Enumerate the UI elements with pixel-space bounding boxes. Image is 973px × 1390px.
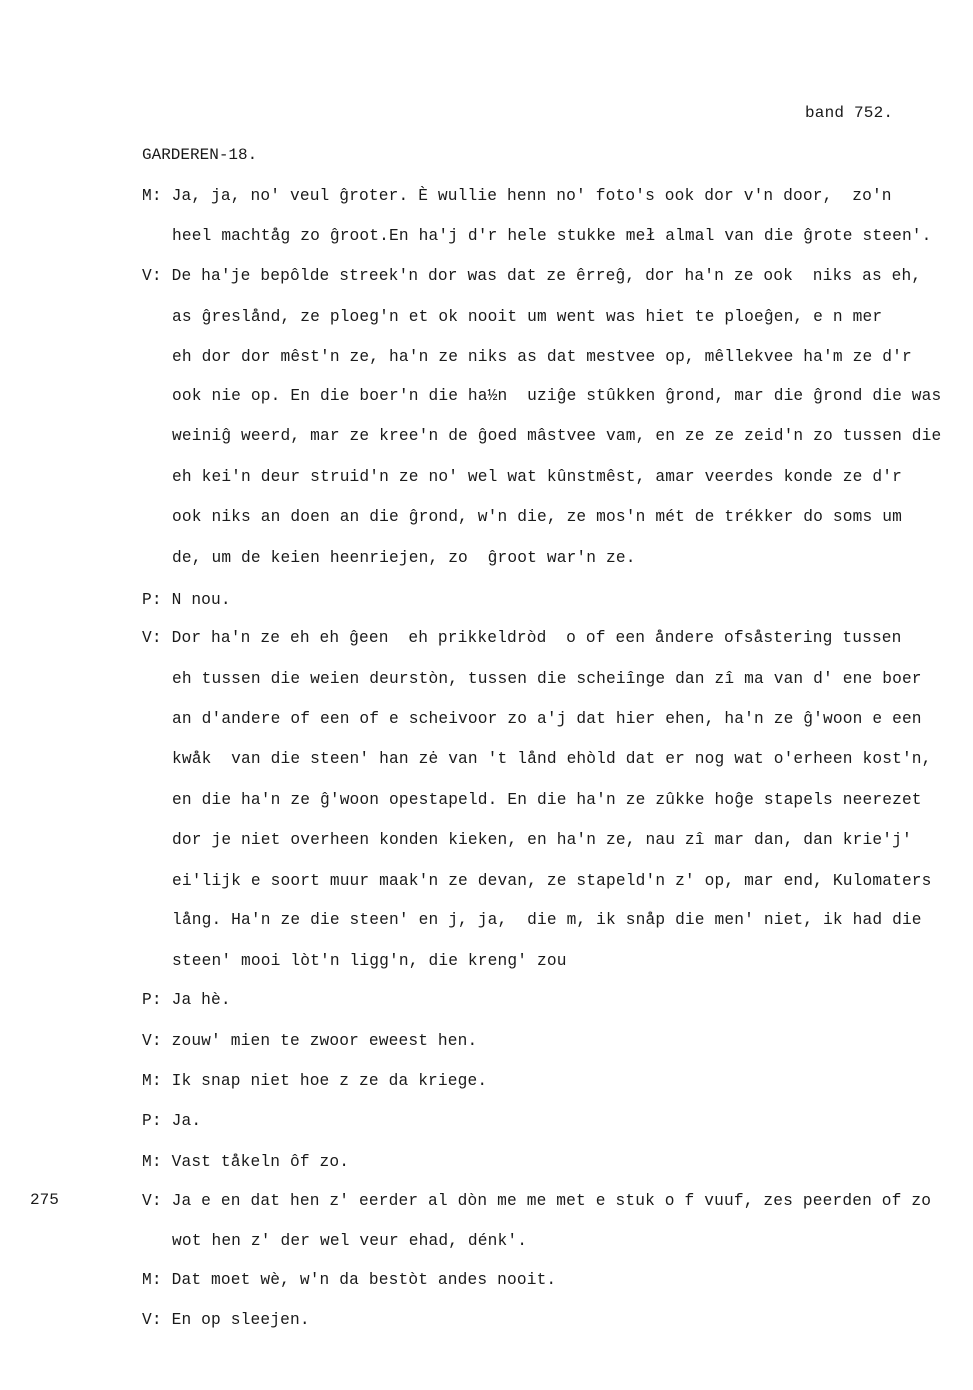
transcript-speaker-line: V: En op sleejen. [142,1310,310,1330]
transcript-continuation-line: eh dor dor mêst'n ze, ha'n ze niks as da… [172,347,912,367]
transcript-continuation-line: lång. Ha'n ze die steen' en j, ja, die m… [172,910,922,930]
transcript-speaker-line: V: De ha'je bepôlde streek'n dor was dat… [142,266,921,286]
transcript-continuation-line: eh tussen die weien deurstòn, tussen die… [172,669,922,689]
document-title: GARDEREN-18. [142,146,257,164]
transcript-speaker-line: M: Ik snap niet hoe z ze da kriege. [142,1071,487,1091]
transcript-continuation-line: steen' mooi lòt'n ligg'n, die kreng' zou [172,951,567,971]
transcript-continuation-line: ei'lijk e soort muur maak'n ze devan, ze… [172,871,932,891]
transcript-speaker-line: P: Ja hè. [142,990,231,1010]
transcript-speaker-line: V: zouw' mien te zwoor eweest hen. [142,1031,477,1051]
transcript-continuation-line: weiniĝ weerd, mar ze kree'n de ĝoed mâst… [172,426,941,446]
transcript-speaker-line: M: Ja, ja, no' veul ĝroter. È wullie hen… [142,186,892,206]
transcript-continuation-line: en die ha'n ze ĝ'woon opestapeld. En die… [172,790,922,810]
transcript-continuation-line: dor je niet overheen konden kieken, en h… [172,830,912,850]
transcript-continuation-line: ook niks an doen an die ĝrond, w'n die, … [172,507,902,527]
transcript-speaker-line: M: Vast tåkeln ôf zo. [142,1152,349,1172]
transcript-continuation-line: ook nie op. En die boer'n die ha½n uziĝe… [172,386,941,406]
tape-number: band 752. [805,104,893,122]
transcript-speaker-line: P: N nou. [142,590,231,610]
transcript-continuation-line: kwåk van die steen' han zė van 't lånd e… [172,749,932,769]
transcript-continuation-line: de, um de keien heenriejen, zo ĝroot war… [172,548,636,568]
transcript-speaker-line: P: Ja. [142,1111,201,1131]
transcript-continuation-line: an d'andere of een of e scheivoor zo a'j… [172,709,922,729]
transcript-speaker-line: V: Dor ha'n ze eh eh ĝeen eh prikkeldròd… [142,628,902,648]
transcript-continuation-line: eh kei'n deur struid'n ze no' wel wat kû… [172,467,902,487]
transcript-continuation-line: wot hen z' der wel veur ehad, dénk'. [172,1231,527,1251]
transcript-page: band 752. GARDEREN-18. 275 M: Ja, ja, no… [0,0,973,1390]
margin-line-number: 275 [30,1191,59,1209]
transcript-continuation-line: as ĝreslånd, ze ploeg'n et ok nooit um w… [172,307,882,327]
transcript-continuation-line: heel machtåg zo ĝroot.En ha'j d'r hele s… [172,226,932,246]
transcript-speaker-line: V: Ja e en dat hen z' eerder al dòn me m… [142,1191,931,1211]
transcript-speaker-line: M: Dat moet wè, w'n da bestòt andes nooi… [142,1270,556,1290]
